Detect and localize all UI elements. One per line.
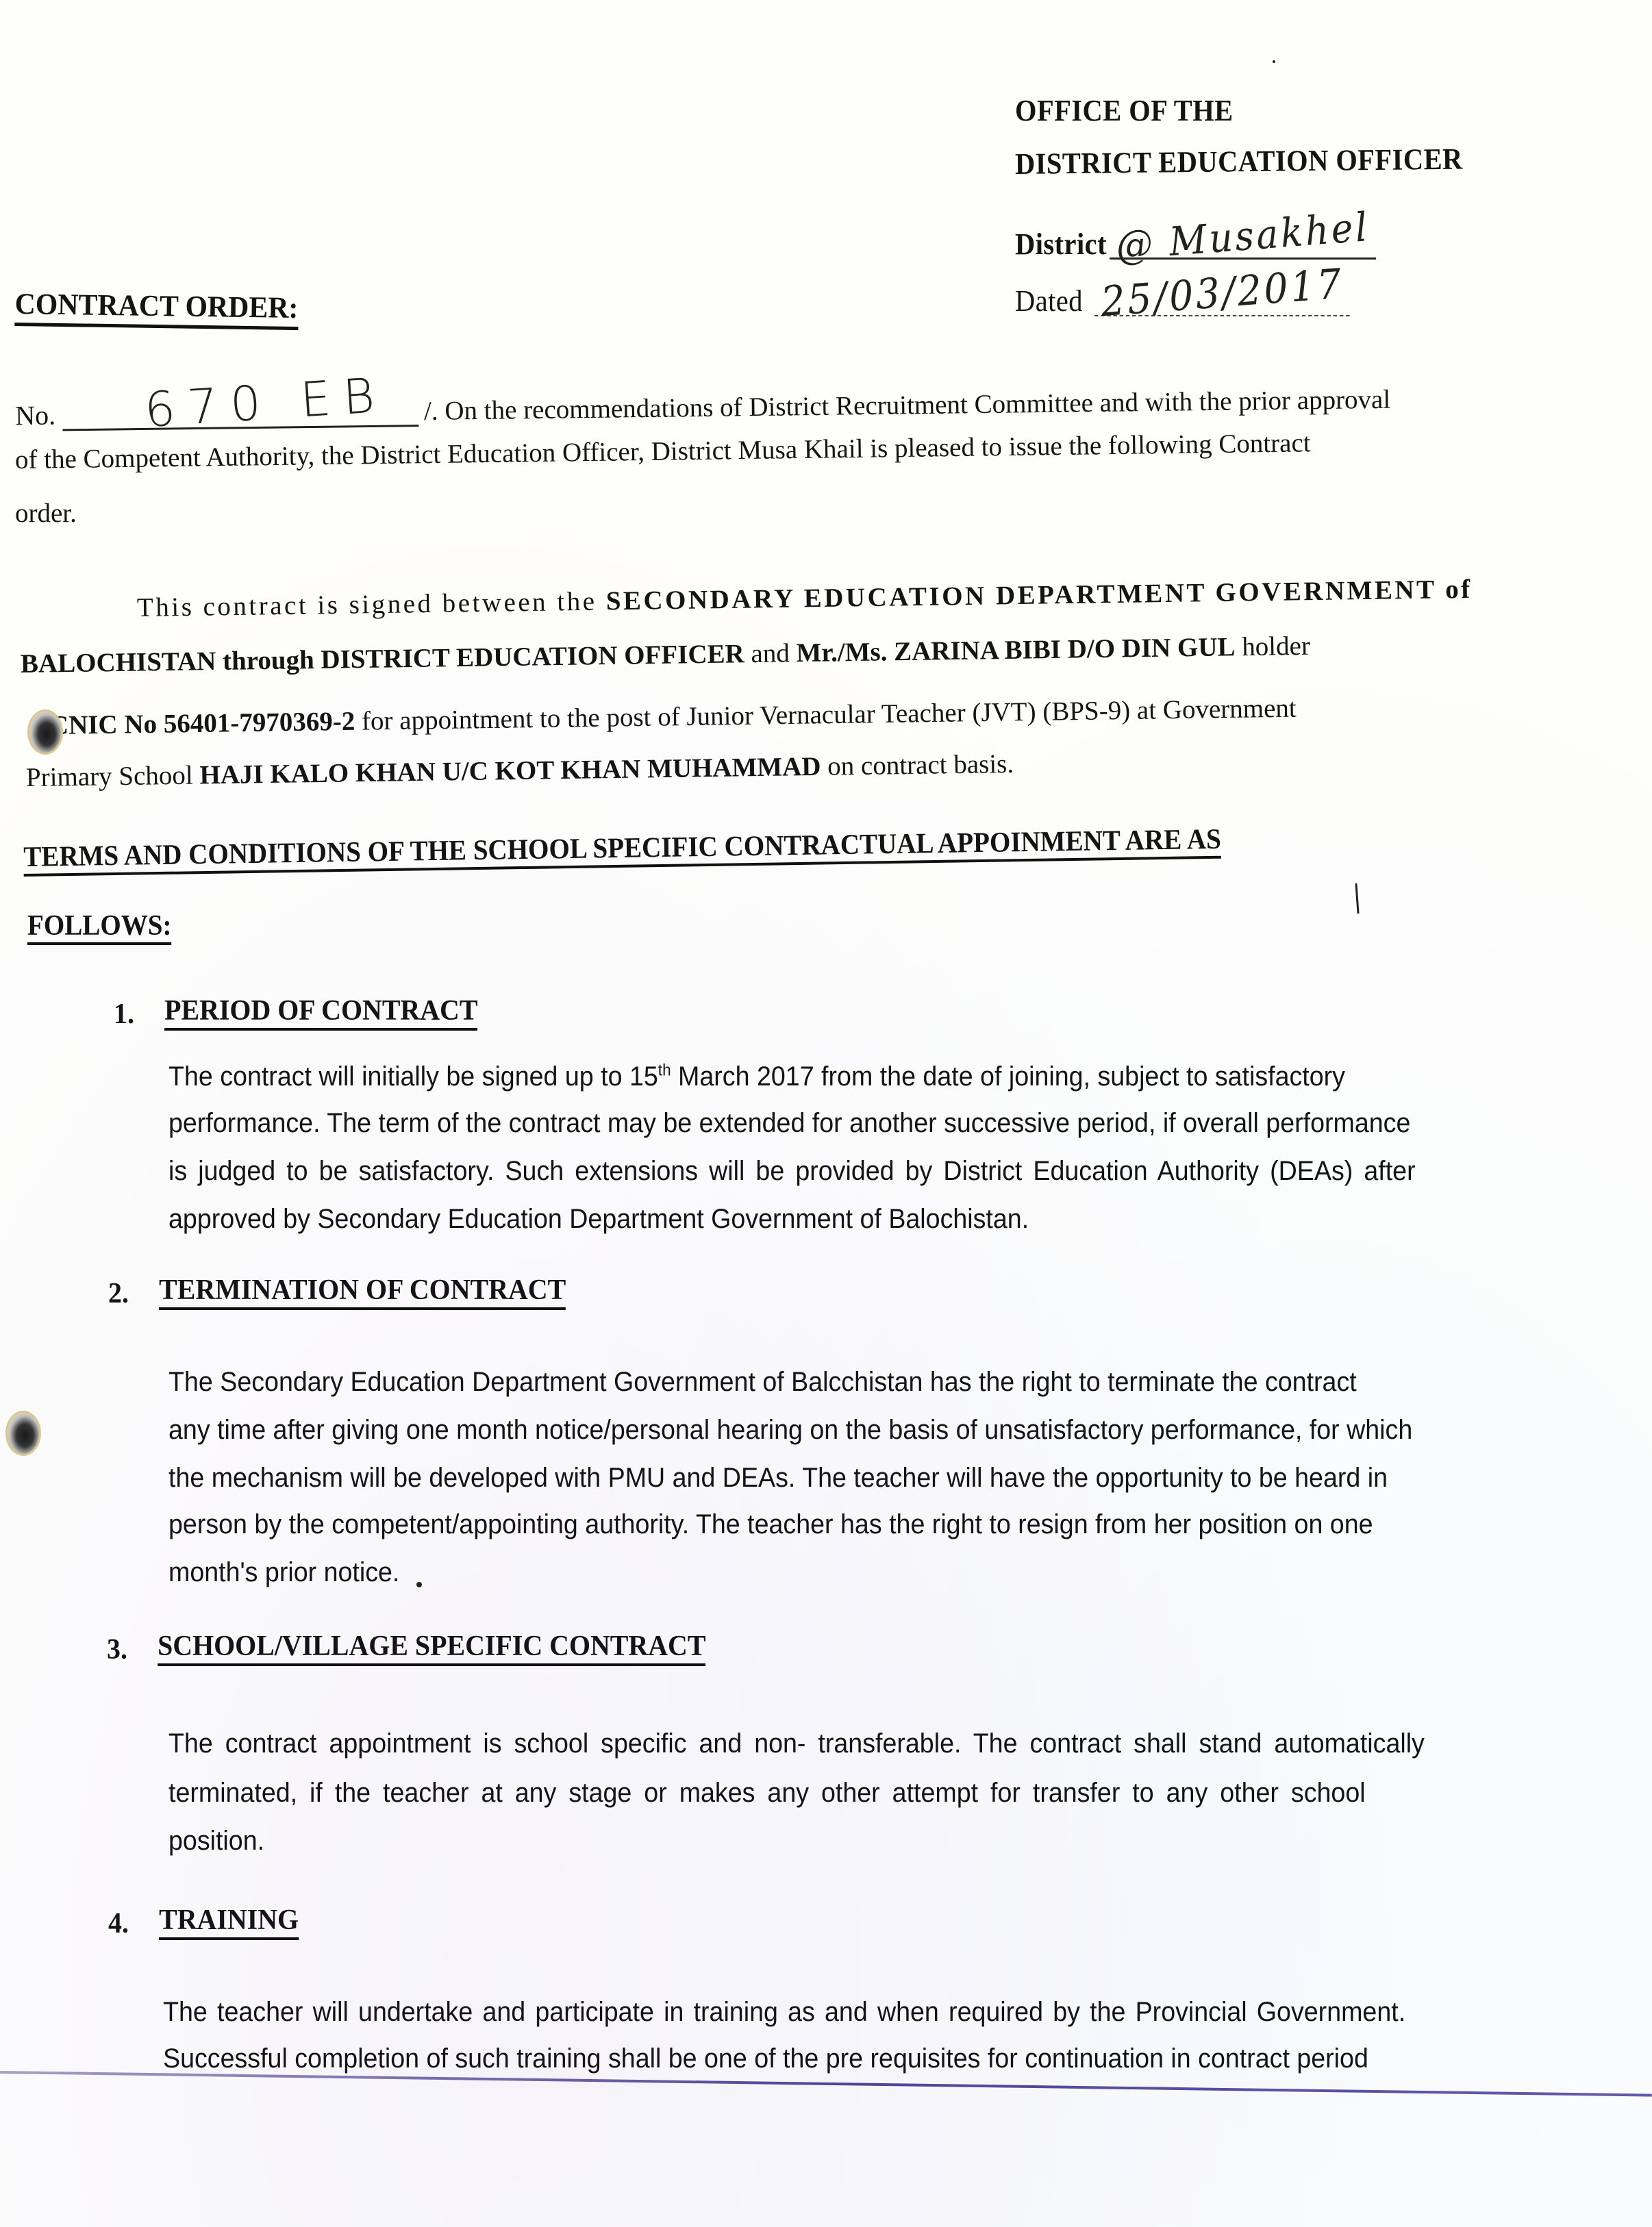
section-heading-termination: 2. TERMINATION OF CONTRACT bbox=[108, 1274, 566, 1310]
department-name: SECONDARY EDUCATION DEPARTMENT GOVERNMEN… bbox=[605, 575, 1472, 616]
parties-line4: Primary School HAJI KALO KHAN U/C KOT KH… bbox=[26, 751, 1014, 791]
post-description: for appointment to the post of Junior Ve… bbox=[355, 694, 1297, 736]
section-heading-school-specific: 3. SCHOOL/VILLAGE SPECIFIC CONTRACT bbox=[107, 1630, 705, 1666]
order-number-label: No. bbox=[15, 399, 55, 432]
section-title: TRAINING bbox=[159, 1904, 299, 1940]
order-paragraph-line2: of the Competent Authority, the District… bbox=[15, 429, 1311, 473]
section-number: 1. bbox=[114, 998, 164, 1031]
section2-line1: The Secondary Education Department Gover… bbox=[168, 1368, 1357, 1396]
section1-line1: The contract will initially be signed up… bbox=[168, 1063, 1345, 1090]
section3-line1: The contract appointment is school speci… bbox=[168, 1730, 1425, 1757]
section1-line4: approved by Secondary Education Departme… bbox=[168, 1205, 1029, 1233]
order-paragraph-line1: /. On the recommendations of District Re… bbox=[424, 384, 1391, 427]
order-paragraph-line3: order. bbox=[15, 500, 77, 527]
dated-label: Dated bbox=[1015, 286, 1083, 316]
section2-line4: person by the competent/appointing autho… bbox=[168, 1511, 1373, 1538]
district-field: District @ Musakhel bbox=[1015, 216, 1376, 260]
paper-fold-line bbox=[0, 2071, 1652, 2097]
office-title-line1: OFFICE OF THE bbox=[1015, 96, 1234, 126]
order-number-fill-line: 670 EB bbox=[62, 383, 419, 431]
parties-line1-text: This contract is signed between the bbox=[137, 586, 606, 622]
section-number: 4. bbox=[108, 1907, 159, 1940]
cnic-number: CNIC No 56401-7970369-2 bbox=[49, 707, 355, 740]
school-name: HAJI KALO KHAN U/C KOT KHAN MUHAMMAD bbox=[199, 752, 821, 790]
contract-order-title: CONTRACT ORDER: bbox=[14, 286, 299, 330]
section-number: 3. bbox=[107, 1633, 158, 1666]
section-heading-training: 4. TRAINING bbox=[108, 1904, 299, 1940]
terms-heading-follows: FOLLOWS: bbox=[27, 909, 172, 945]
stray-mark bbox=[1273, 60, 1275, 63]
district-label: District bbox=[1015, 229, 1107, 260]
dated-fill-line: 25/03/2017 bbox=[1094, 273, 1350, 316]
section4-line2: Successful completion of such training s… bbox=[163, 2045, 1368, 2072]
contract-basis: on contract basis. bbox=[821, 749, 1014, 781]
section-number: 2. bbox=[108, 1277, 159, 1310]
teacher-name: Mr./Ms. ZARINA BIBI D/O DIN GUL bbox=[796, 632, 1236, 668]
section2-line2: any time after giving one month notice/p… bbox=[168, 1416, 1412, 1444]
order-number-value: 670 EB bbox=[143, 366, 388, 438]
punch-hole-icon bbox=[27, 709, 63, 755]
parties-holder: holder bbox=[1235, 631, 1310, 662]
terms-heading: TERMS AND CONDITIONS OF THE SCHOOL SPECI… bbox=[23, 823, 1221, 877]
parties-and: and bbox=[744, 638, 796, 668]
section-title: SCHOOL/VILLAGE SPECIFIC CONTRACT bbox=[158, 1630, 705, 1666]
district-fill-line: @ Musakhel bbox=[1110, 216, 1376, 260]
section3-line2: terminated, if the teacher at any stage … bbox=[168, 1779, 1366, 1807]
section1-line2: performance. The term of the contract ma… bbox=[168, 1109, 1410, 1137]
section-title: TERMINATION OF CONTRACT bbox=[159, 1274, 566, 1310]
dated-field: Dated 25/03/2017 bbox=[1015, 273, 1350, 316]
through-officer: BALOCHISTAN through DISTRICT EDUCATION O… bbox=[21, 639, 744, 679]
section2-line5: month's prior notice. bbox=[168, 1559, 399, 1586]
order-number-line: No. 670 EB /. On the recommendations of … bbox=[15, 372, 1391, 432]
school-prefix: Primary School bbox=[26, 760, 200, 792]
section2-line3: the mechanism will be developed with PMU… bbox=[168, 1464, 1388, 1492]
parties-line2: BALOCHISTAN through DISTRICT EDUCATION O… bbox=[21, 633, 1310, 677]
district-value: @ Musakhel bbox=[1115, 207, 1371, 266]
parties-line1: This contract is signed between the SECO… bbox=[137, 576, 1473, 621]
document-page: OFFICE OF THE DISTRICT EDUCATION OFFICER… bbox=[0, 0, 1652, 2227]
stray-mark bbox=[415, 1581, 423, 1588]
section3-line3: position. bbox=[168, 1827, 264, 1854]
section4-line1: The teacher will undertake and participa… bbox=[163, 1998, 1405, 2026]
section-title: PERIOD OF CONTRACT bbox=[164, 994, 477, 1031]
office-title-line2: DISTRICT EDUCATION OFFICER bbox=[1015, 144, 1463, 179]
punch-hole-icon bbox=[5, 1411, 41, 1456]
stray-mark bbox=[1355, 883, 1359, 914]
parties-line3: CNIC No 56401-7970369-2 for appointment … bbox=[49, 695, 1297, 739]
section1-line3: is judged to be satisfactory. Such exten… bbox=[168, 1157, 1416, 1185]
section1-line1-rest: March 2017 from the date of joining, sub… bbox=[671, 1061, 1345, 1092]
section1-line1-text: The contract will initially be signed up… bbox=[168, 1061, 658, 1092]
dated-value: 25/03/2017 bbox=[1099, 264, 1344, 323]
ordinal-superscript: th bbox=[658, 1061, 671, 1080]
section-heading-period: 1. PERIOD OF CONTRACT bbox=[114, 994, 477, 1031]
